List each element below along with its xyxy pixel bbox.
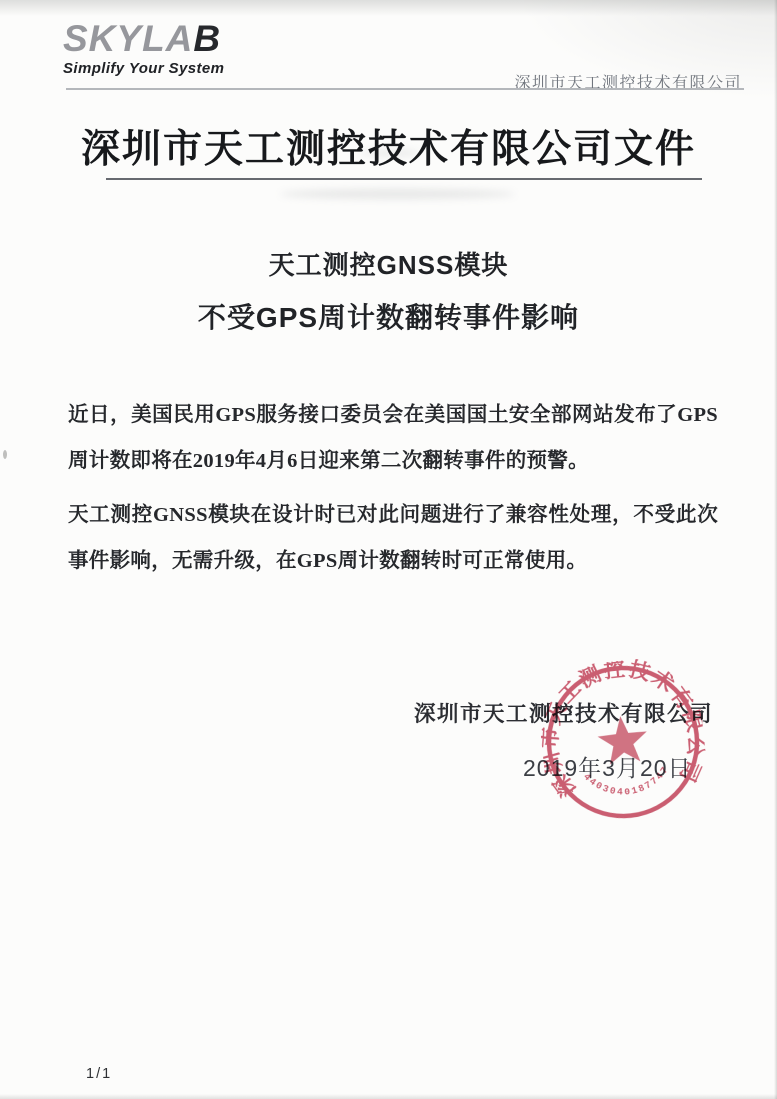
svg-text:4403040187747: 4403040187747 xyxy=(580,763,673,802)
scan-artifact-speck xyxy=(3,450,7,459)
subtitle-line-1: 天工测控GNSS模块 xyxy=(0,245,777,282)
page-indicator: 1/1 xyxy=(86,1066,112,1082)
seal-star-icon xyxy=(596,714,650,766)
company-logo: SKYLAB Simplify Your System xyxy=(63,20,224,77)
title-underline xyxy=(106,178,702,180)
logo-tagline: Simplify Your System xyxy=(63,60,224,77)
company-seal-stamp: 深圳市天工测控技术有限公司 4403040187747 xyxy=(534,653,712,831)
scanned-document-page: SKYLAB Simplify Your System 深圳市天工测控技术有限公… xyxy=(0,0,777,1099)
body-paragraph: 近日，美国民用GPS服务接口委员会在美国国土安全部网站发布了GPS周计数即将在2… xyxy=(68,392,718,484)
body-paragraph: 天工测控GNSS模块在设计时已对此问题进行了兼容性处理，不受此次事件影响，无需升… xyxy=(68,492,718,584)
logo-wordmark: SKYLAB xyxy=(63,20,224,59)
scan-artifact-smudge xyxy=(280,189,515,199)
header-divider xyxy=(66,88,744,90)
scan-artifact-bottom-edge xyxy=(0,1094,777,1099)
logo-text-gray: SKYLA xyxy=(63,18,193,59)
seal-serial-number: 4403040187747 xyxy=(580,763,673,802)
document-title: 深圳市天工测控技术有限公司文件 xyxy=(0,118,777,174)
logo-text-accent: B xyxy=(193,18,221,59)
subtitle-line-2: 不受GPS周计数翻转事件影响 xyxy=(0,296,777,336)
